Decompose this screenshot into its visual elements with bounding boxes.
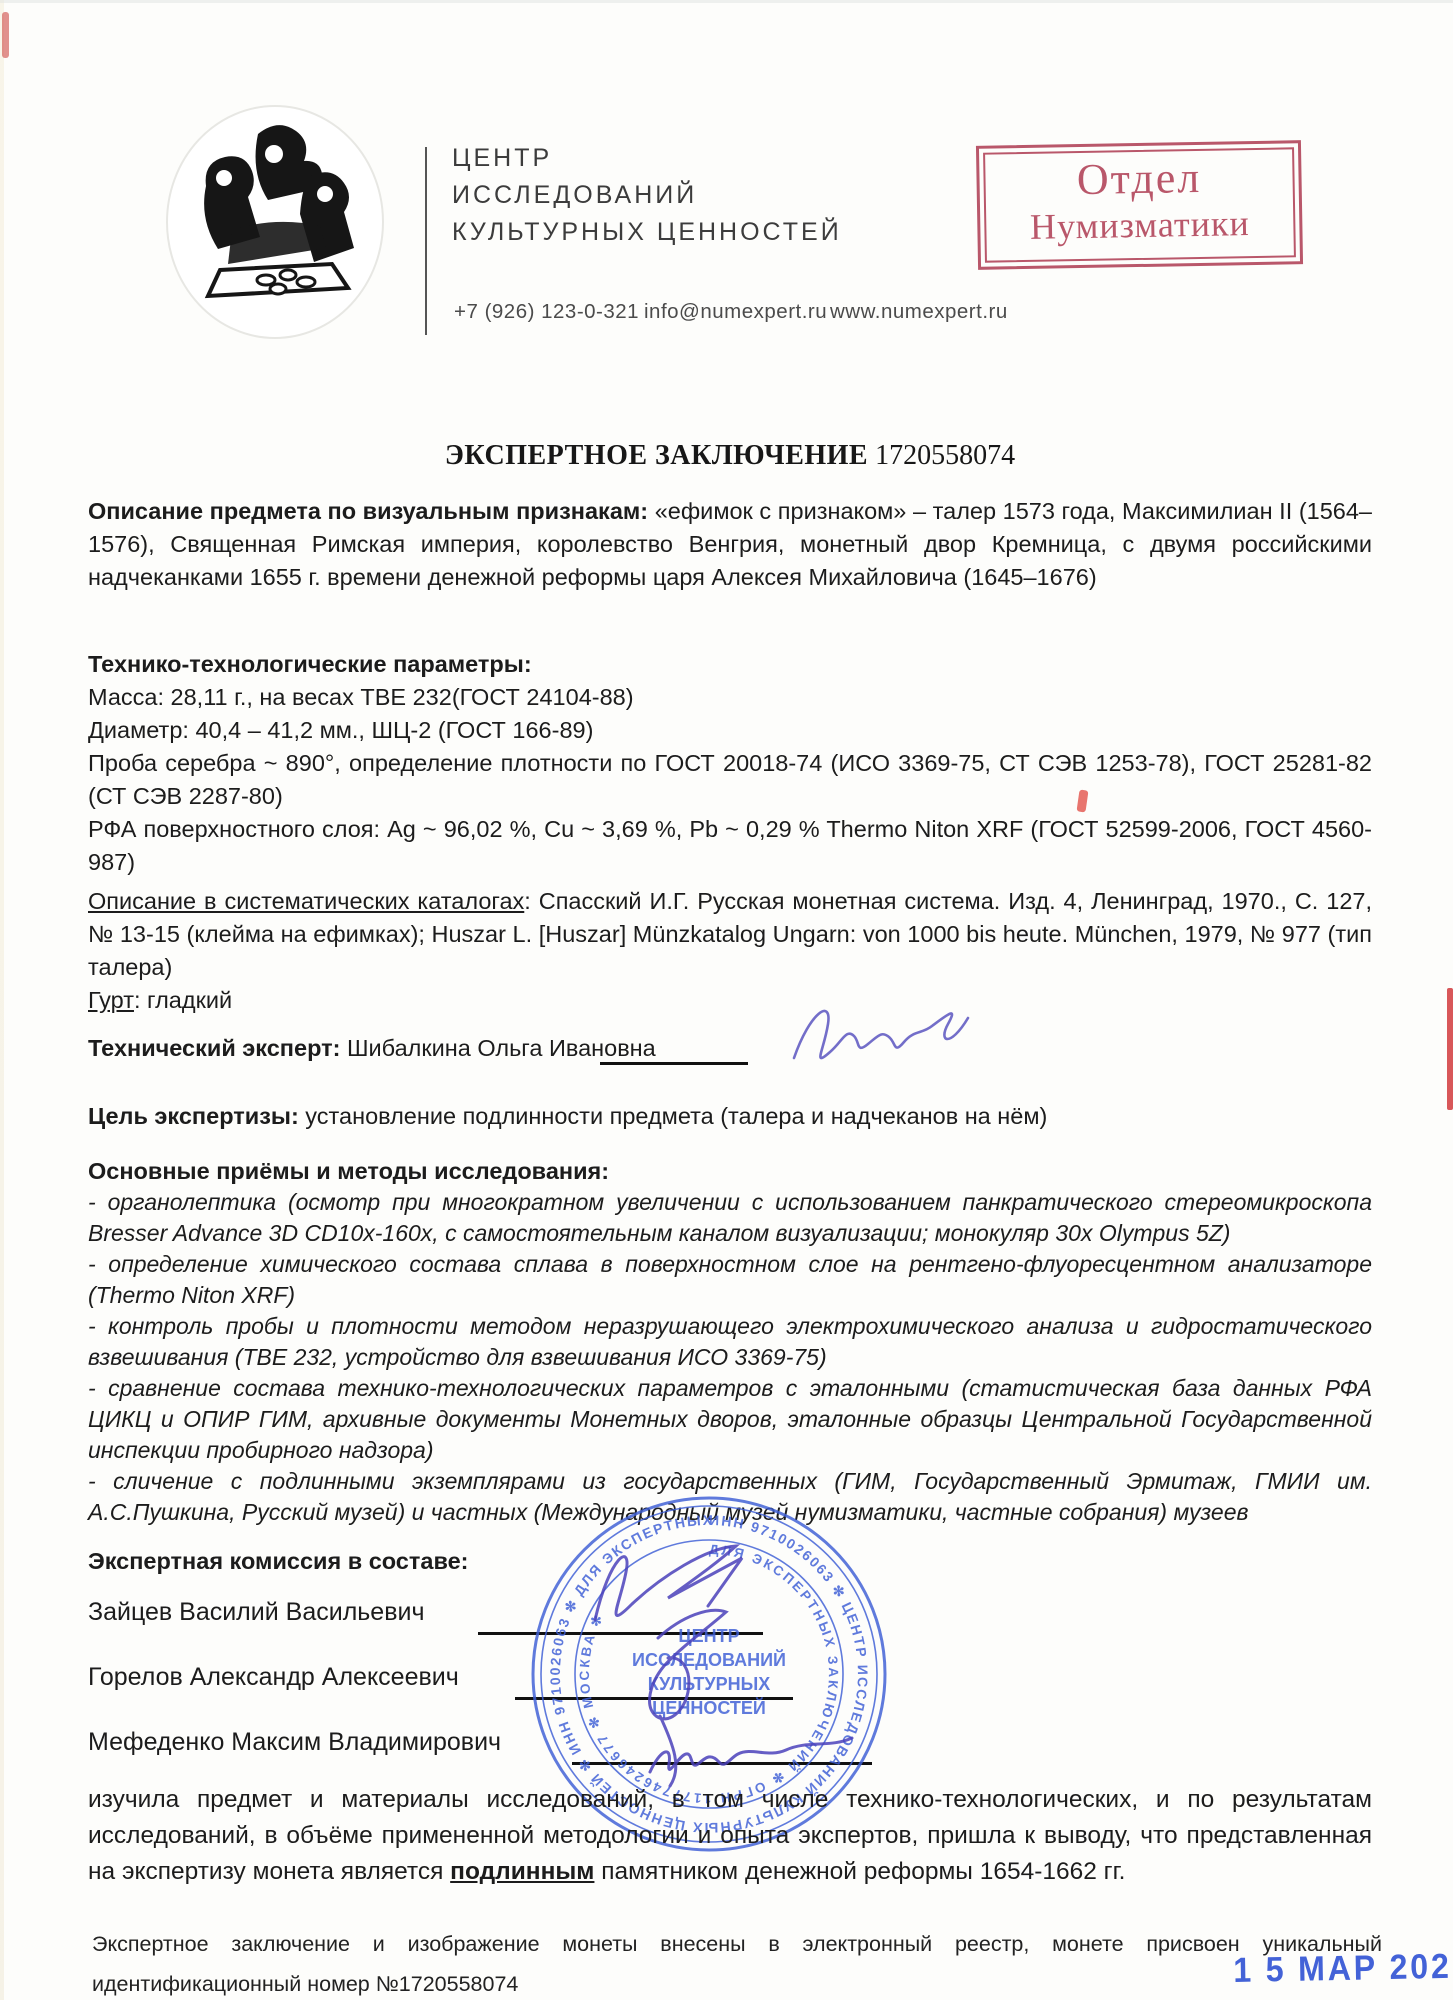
conclusion-paragraph: изучила предмет и материалы исследований… — [88, 1782, 1372, 1890]
purpose-line: Цель экспертизы: установление подлинност… — [88, 1100, 1372, 1133]
purpose-text: установление подлинности предмета (талер… — [305, 1103, 1047, 1129]
conclusion-highlight: подлинным — [450, 1858, 594, 1885]
scan-red-mark-right — [1447, 988, 1453, 1110]
document-title-label: ЭКСПЕРТНОЕ ЗАКЛЮЧЕНИЕ — [445, 440, 868, 471]
document-title-number: 1720558074 — [875, 440, 1015, 471]
tech-params-mass: Масса: 28,11 г., на весах ТВЕ 232(ГОСТ 2… — [88, 681, 1372, 714]
website-url: www.numexpert.ru — [830, 300, 1008, 324]
method-item: - определение химического состава сплава… — [88, 1249, 1372, 1311]
edge-lead: Гурт — [88, 987, 134, 1013]
tech-expert-line: Технический эксперт: Шибалкина Ольга Ива… — [88, 1032, 1372, 1065]
catalogs-paragraph: Описание в систематических каталогах: Сп… — [88, 885, 1372, 984]
date-stamp: 1 5 МАР 2021 — [1233, 1946, 1453, 1991]
document-title: ЭКСПЕРТНОЕ ЗАКЛЮЧЕНИЕ 1720558074 — [88, 440, 1372, 472]
method-item: - сравнение состава технико-технологичес… — [88, 1373, 1372, 1466]
dept-stamp-line2: Нумизматики — [986, 201, 1294, 248]
catalogs-lead: Описание в систематических каталогах — [88, 888, 524, 914]
scan-red-mark-corner — [2, 12, 9, 58]
method-item: - органолептика (осмотр при многократном… — [88, 1187, 1372, 1249]
scan-edge-top — [0, 0, 1453, 3]
tech-expert-signature — [780, 988, 980, 1078]
conclusion-post: памятником денежной реформы 1654-1662 гг… — [594, 1858, 1125, 1885]
numismatics-dept-stamp-inner: Отдел Нумизматики — [983, 147, 1296, 262]
purpose-lead: Цель экспертизы: — [88, 1103, 305, 1129]
tech-expert-name: Шибалкина Ольга Ивановна — [347, 1035, 656, 1061]
tech-params-heading: Технико-технологические параметры: — [88, 648, 1372, 681]
method-item: - контроль пробы и плотности методом нер… — [88, 1311, 1372, 1373]
dept-stamp-line1: Отдел — [985, 151, 1293, 206]
phone-number: +7 (926) 123-0-321 — [454, 300, 639, 324]
scan-edge-left — [0, 0, 4, 2000]
commission-member-2: Горелов Александр Алексеевич — [88, 1663, 459, 1692]
methods-heading: Основные приёмы и методы исследования: — [88, 1156, 1372, 1187]
edge-text: : гладкий — [134, 987, 232, 1013]
email-address: info@numexpert.ru — [644, 300, 827, 324]
tech-params-xrf: РФА поверхностного слоя: Ag ~ 96,02 %, C… — [88, 813, 1372, 879]
org-name-line2: ИССЛЕДОВАНИЙ — [452, 177, 842, 214]
registry-note: Экспертное заключение и изображение моне… — [92, 1924, 1382, 2000]
org-logo-icon — [162, 102, 388, 342]
header-divider — [425, 147, 427, 335]
org-name: ЦЕНТР ИССЛЕДОВАНИЙ КУЛЬТУРНЫХ ЦЕННОСТЕЙ — [452, 140, 842, 251]
methods-section: Основные приёмы и методы исследования: -… — [88, 1156, 1372, 1528]
tech-params-diameter: Диаметр: 40,4 – 41,2 мм., ШЦ-2 (ГОСТ 166… — [88, 714, 1372, 747]
numismatics-dept-stamp: Отдел Нумизматики — [976, 140, 1303, 270]
tech-expert-signature-line — [600, 1062, 748, 1065]
org-name-line3: КУЛЬТУРНЫХ ЦЕННОСТЕЙ — [452, 214, 842, 251]
commission-member-1: Зайцев Василий Васильевич — [88, 1598, 424, 1627]
commission-member-3: Мефеденко Максим Владимирович — [88, 1728, 501, 1757]
description-lead: Описание предмета по визуальным признака… — [88, 498, 648, 524]
edge-line: Гурт: гладкий — [88, 984, 1372, 1017]
document-page: ЦЕНТР ИССЛЕДОВАНИЙ КУЛЬТУРНЫХ ЦЕННОСТЕЙ … — [0, 0, 1453, 2000]
tech-expert-lead: Технический эксперт: — [88, 1035, 347, 1061]
commission-signatures — [540, 1520, 940, 1800]
org-name-line1: ЦЕНТР — [452, 140, 842, 177]
description-paragraph: Описание предмета по визуальным признака… — [88, 495, 1372, 594]
tech-params-assay: Проба серебра ~ 890°, определение плотно… — [88, 747, 1372, 813]
